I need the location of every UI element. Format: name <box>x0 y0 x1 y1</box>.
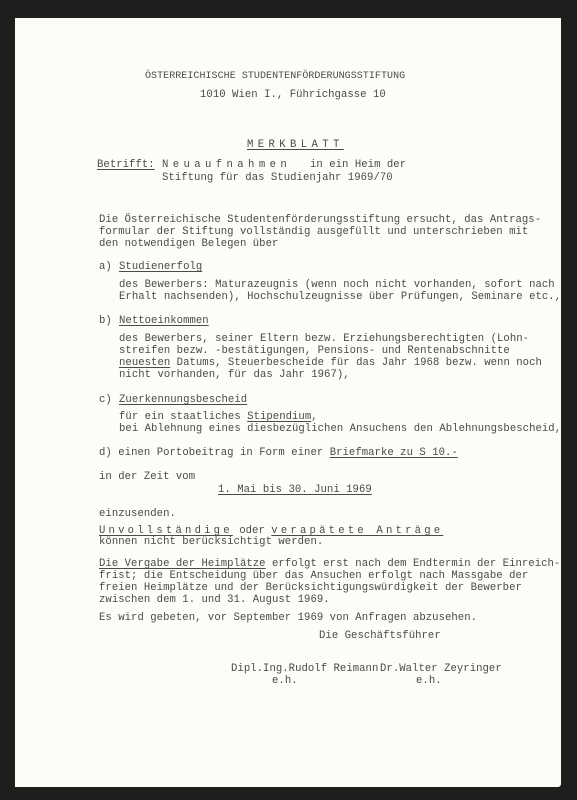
allocation-line-1: Die Vergabe der Heimplätze erfolgt erst … <box>99 558 560 570</box>
warning-line-2: können nicht berücksichtigt werden. <box>99 536 323 548</box>
item-d-emphasis: Briefmarke zu S 10.- <box>330 447 458 459</box>
document-title: MERKBLATT <box>247 139 344 151</box>
organization-address: 1010 Wien I., Führichgasse 10 <box>200 89 386 101</box>
item-d: d) einen Portobeitrag in Form einer Brie… <box>99 447 458 459</box>
item-b-line-2: streifen bezw. -bestätigungen, Pensions-… <box>119 345 510 357</box>
item-c-heading: Zuerkennungsbescheid <box>119 394 247 406</box>
subject-label: Betrifft: <box>97 159 155 171</box>
period-intro: in der Zeit vom <box>99 471 195 483</box>
intro-line-2: formular der Stiftung vollständig ausgef… <box>99 226 528 238</box>
period-dates: 1. Mai bis 30. Juni 1969 <box>218 484 372 496</box>
item-c-marker: c) <box>99 394 112 406</box>
item-b-marker: b) <box>99 315 112 327</box>
allocation-line-4: zwischen dem 1. und 31. August 1969. <box>99 594 330 606</box>
intro-line-1: Die Österreichische Studentenförderungss… <box>99 214 541 226</box>
allocation-line-2: frist; die Entscheidung über das Ansuche… <box>99 570 528 582</box>
item-c-emphasis: Stipendium <box>247 411 311 423</box>
subject-spaced: Neuaufnahmen <box>162 159 291 171</box>
item-b-line-1: des Bewerbers, seiner Eltern bezw. Erzie… <box>119 333 529 345</box>
item-b-line-4: nicht vorhanden, für das Jahr 1967), <box>119 369 350 381</box>
signer-1-name: Dipl.Ing.Rudolf Reimann <box>231 663 378 675</box>
signer-2-note: e.h. <box>416 675 442 687</box>
item-a-line-1: des Bewerbers: Maturazeugnis (wenn noch … <box>119 279 555 291</box>
item-b-line-3: neuesten Datums, Steuerbescheide für das… <box>119 357 542 369</box>
request-text: Es wird gebeten, vor September 1969 von … <box>99 612 477 624</box>
signer-2-name: Dr.Walter Zeyringer <box>380 663 502 675</box>
item-a-marker: a) <box>99 261 112 273</box>
item-a-heading: Studienerfolg <box>119 261 202 273</box>
subject-line2: Stiftung für das Studienjahr 1969/70 <box>162 172 393 184</box>
signature-role: Die Geschäftsführer <box>319 630 441 642</box>
allocation-emphasis: Die Vergabe der Heimplätze <box>99 558 266 570</box>
organization-name: ÖSTERREICHISCHE STUDENTENFÖRDERUNGSSTIFT… <box>145 71 405 83</box>
item-c-line-2: bei Ablehnung eines diesbezüglichen Ansu… <box>119 423 561 435</box>
allocation-line-3: freien Heimplätze und der Berücksichtigu… <box>99 582 522 594</box>
item-a-line-2: Erhalt nachsenden), Hochschulzeugnisse ü… <box>119 291 561 303</box>
item-b-heading: Nettoeinkommen <box>119 315 209 327</box>
intro-line-3: den notwendigen Belegen über <box>99 238 278 250</box>
signer-1-note: e.h. <box>272 675 298 687</box>
item-b-emphasis: neuesten <box>119 357 170 369</box>
document-page: ÖSTERREICHISCHE STUDENTENFÖRDERUNGSSTIFT… <box>15 18 561 787</box>
subject-line1-rest: in ein Heim der <box>310 159 406 171</box>
item-c-line-1: für ein staatliches Stipendium, <box>119 411 318 423</box>
period-closing: einzusenden. <box>99 508 176 520</box>
